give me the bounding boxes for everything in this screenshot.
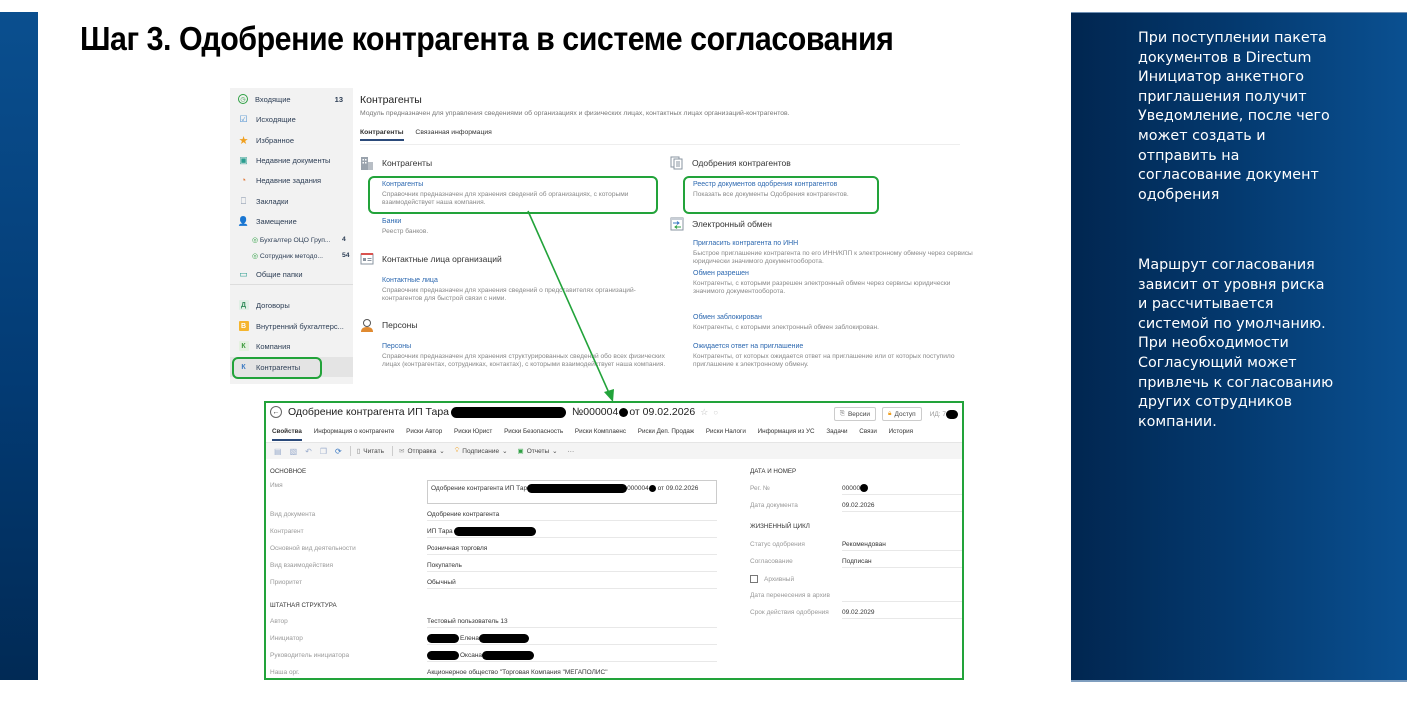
label-archive-date: Дата перенесения в архив [750, 592, 830, 599]
save-close-icon[interactable]: ▧ [290, 447, 298, 456]
field-initiator[interactable]: Елена [427, 632, 717, 645]
label-approval: Согласование [750, 558, 793, 565]
tab-tasks[interactable]: Задачи [826, 428, 847, 435]
link-awaiting-response-desc: Контрагенты, от которых ожидается ответ … [693, 353, 978, 369]
bookmark-icon: ⎕ [238, 196, 249, 207]
highlight-approval-registry [683, 176, 879, 214]
link-awaiting-response[interactable]: Ожидается ответ на приглашение [693, 343, 803, 350]
tab-risks-taxes[interactable]: Риски Налоги [706, 428, 746, 435]
status-dot-icon: ◎ [252, 237, 260, 244]
field-our-org[interactable]: Акционерное общество "Торговая Компания … [427, 666, 717, 679]
redacted-surname [427, 634, 459, 643]
label-doc-date: Дата документа [750, 502, 798, 509]
document-title-prefix: Одобрение контрагента ИП Тара [288, 406, 449, 418]
document-id: ИД: 7 [930, 411, 946, 418]
label-name: Имя [270, 482, 283, 489]
document-tabs: Свойства Информация о контрагенте Риски … [272, 428, 923, 435]
sidebar-module-company[interactable]: К Компания [230, 336, 353, 356]
field-approval-status[interactable]: Рекомендован [842, 538, 962, 551]
link-contact-persons-desc: Справочник предназначен для хранения све… [382, 287, 667, 303]
lock-icon: 🔒︎ [888, 410, 891, 418]
tabs-divider [360, 144, 960, 145]
favorite-star-icon[interactable]: ☆ [700, 407, 708, 418]
tab-risks-sales[interactable]: Риски Деп. Продаж [638, 428, 694, 435]
module-letter-icon: Д [239, 300, 249, 310]
redacted-digit [619, 408, 628, 417]
person-icon [360, 318, 374, 332]
document-title-date: от 09.02.2026 [629, 406, 695, 418]
toolbar-divider [350, 446, 351, 456]
module-screenshot: ◷ Входящие 13 ☑ Исходящие ★ Избранное ▣ … [230, 88, 965, 386]
highlight-counterparties-link [368, 176, 658, 214]
field-initiator-manager[interactable]: Оксана [427, 649, 717, 662]
slide-title: Шаг 3. Одобрение контрагента в системе с… [80, 20, 893, 58]
module-letter-icon: В [239, 321, 249, 331]
sidebar-divider [230, 284, 353, 285]
sidebar-item-substitution[interactable]: 👤 Замещение [230, 211, 353, 231]
link-exchange-allowed[interactable]: Обмен разрешен [693, 270, 749, 277]
building-icon [360, 156, 374, 170]
redacted-name [454, 527, 536, 536]
section-date-number: ДАТА И НОМЕР [750, 468, 796, 475]
versions-icon: ⎘ [840, 410, 845, 418]
field-approval[interactable]: Подписан [842, 555, 962, 568]
clock-icon: ◷ [238, 94, 248, 104]
label-reg-number: Рег. № [750, 485, 770, 492]
module-title: Контрагенты [360, 94, 422, 106]
tab-counterparty-info[interactable]: Информация о контрагенте [314, 428, 395, 435]
label-doc-kind: Вид документа [270, 511, 315, 518]
field-priority[interactable]: Обычный [427, 576, 717, 589]
link-persons[interactable]: Персоны [382, 343, 411, 350]
status-dot-icon: ◎ [252, 253, 260, 260]
sidebar-item-recent-docs[interactable]: ▣ Недавние документы [230, 150, 353, 170]
name-field[interactable]: Одобрение контрагента ИП Тар000004 от 09… [427, 480, 717, 504]
sidebar-module-internal-accounting[interactable]: В Внутренний бухгалтерс... [230, 316, 353, 336]
field-validity[interactable]: 09.02.2029 [842, 606, 962, 619]
document-header: ← Одобрение контрагента ИП Тара №000004 … [270, 406, 718, 418]
section-approvals: Одобрения контрагентов [670, 156, 791, 170]
label-initiator-manager: Руководитель инициатора [270, 652, 349, 659]
redacted-name [527, 484, 627, 493]
more-button[interactable]: ··· [568, 448, 575, 455]
navigation-sidebar: ◷ Входящие 13 ☑ Исходящие ★ Избранное ▣ … [230, 88, 353, 384]
section-main: ОСНОВНОЕ [270, 468, 306, 475]
document-toolbar: ▤ ▧ ↶ ❐ ⟳ ▯Читать ✉Отправка⌄ 💡︎Подписани… [266, 442, 964, 459]
field-doc-date[interactable]: 09.02.2026 [842, 499, 962, 512]
redacted-digit [860, 484, 868, 492]
tab-history[interactable]: История [889, 428, 913, 435]
tab-related-info[interactable]: Связанная информация [415, 129, 491, 136]
redacted-patronymic [482, 651, 534, 660]
reports-menu[interactable]: ▣Отчеты⌄ [518, 447, 558, 455]
mail-icon: ✉ [399, 447, 404, 455]
section-contact-persons: Контактные лица организаций [360, 252, 502, 266]
label-counterparty: Контрагент [270, 528, 304, 535]
tab-links[interactable]: Связи [859, 428, 877, 435]
module-main: Контрагенты Модуль предназначен для упра… [360, 88, 965, 386]
highlight-counterparties-module [232, 357, 322, 379]
report-icon: ▣ [518, 447, 524, 455]
link-banks-desc: Реестр банков. [382, 228, 667, 236]
label-priority: Приоритет [270, 579, 302, 586]
redacted-name [451, 407, 566, 418]
undo-icon[interactable]: ↶ [305, 447, 312, 456]
refresh-icon[interactable]: ⟳ [335, 447, 342, 456]
chevron-down-icon: ⌄ [502, 447, 507, 455]
toolbar-divider [392, 446, 393, 456]
module-tabs: Контрагенты Связанная информация [360, 129, 502, 136]
header-buttons: ⎘Версии 🔒︎Доступ ИД: 7 [828, 407, 958, 421]
approval-document-card: ← Одобрение контрагента ИП Тара №000004 … [264, 401, 964, 680]
tab-risks-security[interactable]: Риски Безопасность [504, 428, 563, 435]
link-exchange-blocked-desc: Контрагенты, с которыми электронный обме… [693, 324, 978, 332]
book-icon: ▯ [357, 447, 361, 455]
link-contact-persons[interactable]: Контактные лица [382, 277, 438, 284]
sidebar-item-inbox[interactable]: ◷ Входящие 13 [230, 89, 353, 109]
section-electronic-exchange: Электронный обмен [670, 217, 772, 231]
back-arrow-icon[interactable]: ← [270, 406, 282, 418]
field-interaction[interactable]: Покупатель [427, 559, 717, 572]
field-reg-number[interactable]: 00000 [842, 482, 962, 495]
module-letter-icon: К [239, 341, 249, 351]
sign-menu[interactable]: 💡︎Подписание⌄ [455, 447, 508, 455]
checkbox-icon [750, 575, 758, 583]
field-archive-date[interactable] [842, 589, 962, 602]
versions-button[interactable]: ⎘Версии [834, 407, 876, 421]
read-button[interactable]: ▯Читать [357, 447, 384, 455]
link-invite-by-inn[interactable]: Пригласить контрагента по ИНН [693, 240, 798, 247]
tab-risks-compliance[interactable]: Риски Комплаенс [575, 428, 626, 435]
field-activity[interactable]: Розничная торговля [427, 542, 717, 555]
info-paragraph-2: Маршрут согласования зависит от уровня р… [1138, 256, 1338, 432]
tab-risks-author[interactable]: Риски Автор [406, 428, 442, 435]
sidebar-item-recent-tasks[interactable]: ◔ Недавние задания [230, 170, 353, 190]
tab-accounting-info[interactable]: Информация из УС [758, 428, 815, 435]
sidebar-subitem-accountant[interactable]: ◎ Бухгалтер ОЦО Груп... 4 [252, 236, 331, 244]
access-button[interactable]: 🔒︎Доступ [882, 407, 922, 421]
history-icon: ◔ [238, 175, 249, 186]
sidebar-item-shared-folders[interactable]: ▭ Общие папки [230, 264, 353, 284]
section-staff: ШТАТНАЯ СТРУКТУРА [270, 602, 337, 609]
redacted-patronymic [479, 634, 529, 643]
redacted-digit [649, 485, 656, 492]
status-circle-icon: ○ [713, 408, 718, 417]
section-counterparties: Контрагенты [360, 156, 432, 170]
link-banks[interactable]: Банки [382, 218, 401, 225]
exchange-icon [670, 217, 684, 231]
sidebar-item-bookmarks[interactable]: ⎕ Закладки [230, 191, 353, 211]
sidebar-module-contracts[interactable]: Д Договоры [230, 295, 353, 315]
sidebar-item-outbox[interactable]: ☑ Исходящие [230, 109, 353, 129]
field-counterparty[interactable]: ИП Тара [427, 525, 717, 538]
folder-icon: ▭ [238, 269, 249, 280]
link-persons-desc: Справочник предназначен для хранения стр… [382, 353, 667, 369]
link-exchange-blocked[interactable]: Обмен заблокирован [693, 314, 762, 321]
tab-properties[interactable]: Свойства [272, 428, 302, 441]
label-validity: Срок действия одобрения [750, 609, 829, 616]
label-approval-status: Статус одобрения [750, 541, 805, 548]
send-menu[interactable]: ✉Отправка⌄ [399, 447, 445, 455]
save-icon[interactable]: ▤ [274, 447, 282, 456]
section-persons: Персоны [360, 318, 417, 332]
user-icon: 👤 [238, 216, 249, 227]
redacted-id [946, 410, 958, 419]
link-invite-by-inn-desc: Быстрое приглашение контрагента по его И… [693, 250, 978, 266]
label-our-org: Наша орг. [270, 669, 300, 676]
chevron-down-icon: ⌄ [439, 447, 444, 455]
field-doc-kind[interactable]: Одобрение контрагента [427, 508, 717, 521]
label-author: Автор [270, 618, 288, 625]
contact-card-icon [360, 252, 374, 266]
section-lifecycle: ЖИЗНЕННЫЙ ЦИКЛ [750, 523, 810, 530]
label-interaction: Вид взаимодействия [270, 562, 333, 569]
tab-risks-lawyer[interactable]: Риски Юрист [454, 428, 492, 435]
document-icon: ▣ [238, 155, 249, 166]
field-author[interactable]: Тестовый пользователь 13 [427, 615, 717, 628]
chevron-down-icon: ⌄ [552, 447, 557, 455]
module-description: Модуль предназначен для управления сведе… [360, 110, 790, 117]
label-initiator: Инициатор [270, 635, 303, 642]
label-activity: Основной вид деятельности [270, 545, 356, 552]
tab-counterparties[interactable]: Контрагенты [360, 129, 404, 141]
document-title-number: №000004 [572, 406, 618, 418]
redacted-surname [427, 651, 459, 660]
sidebar-subitem-methodologist[interactable]: ◎ Сотрудник методо... 54 [252, 252, 323, 260]
star-icon: ★ [238, 135, 249, 146]
checklist-icon: ☑ [238, 114, 249, 125]
documents-icon [670, 156, 684, 170]
archived-checkbox[interactable]: Архивный [750, 575, 794, 583]
copy-icon[interactable]: ❐ [320, 447, 327, 456]
link-exchange-allowed-desc: Контрагенты, с которыми разрешен электро… [693, 280, 978, 296]
info-panel: При поступлении пакета документов в Dire… [1071, 12, 1407, 682]
left-accent-bar [0, 12, 38, 680]
info-paragraph-1: При поступлении пакета документов в Dire… [1138, 29, 1338, 205]
sidebar-item-favorites[interactable]: ★ Избранное [230, 130, 353, 150]
lightbulb-icon: 💡︎ [455, 447, 460, 455]
